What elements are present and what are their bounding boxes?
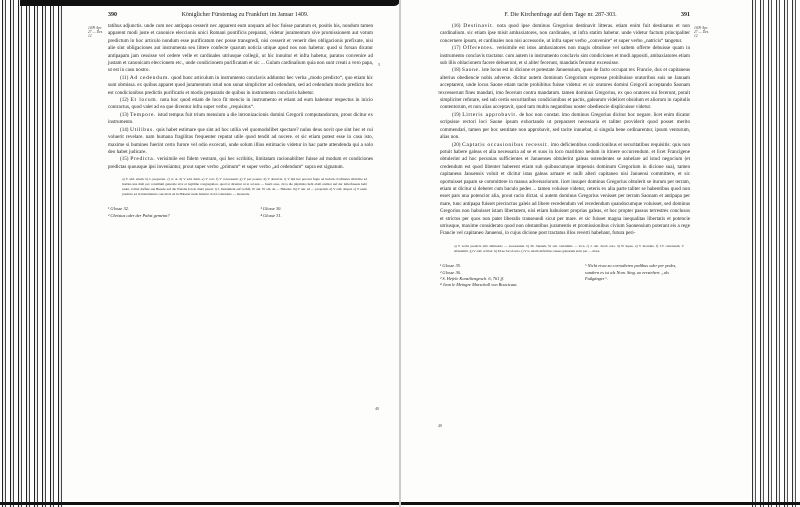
section-11: (11) Ad cedendum. quod hunc articulum in… <box>108 75 373 97</box>
page-number: 390 <box>108 12 117 18</box>
critical-apparatus: a) V add. etiam. b) L preparata. c) cr. … <box>108 177 373 196</box>
opening-paragraph: tatibus adjunctis. unde cum nec antipapa… <box>108 23 373 75</box>
left-page: 390 Königlicher Fürstentag zu Frankfurt … <box>108 12 373 219</box>
section-20: (20) Captatis occasionibus recessit. imo… <box>440 142 690 238</box>
section-18: (18) Saone. iste locus est in dicione et… <box>440 67 690 111</box>
right-page-edges <box>750 0 800 507</box>
page-number: 391 <box>681 12 690 18</box>
line-number: 40 <box>438 423 442 428</box>
section-14: (14) Utilibus. quis habet estimare que s… <box>108 127 373 157</box>
section-17: (17) Offerentes. verisimile est istos am… <box>440 45 690 67</box>
running-header: 390 Königlicher Fürstentag zu Frankfurt … <box>108 12 373 18</box>
section-12: (12) Et locum. nota hoc quod etiam de lo… <box>108 97 373 112</box>
running-head-title: Königlicher Fürstentag zu Frankfurt im J… <box>182 12 309 18</box>
footnote: ⁵ Nicht etwa zu corrodieren pedibus oder… <box>585 263 690 282</box>
left-page-edges <box>0 0 62 507</box>
section-15: (15) Predicta. verisimile est fidem vest… <box>108 156 373 171</box>
footnotes: ¹ Glosse 32. ² Christus oder der Pabst g… <box>108 206 373 218</box>
running-head-title: F. Die Kirchenfrage auf dem Tage nr. 287… <box>504 12 616 18</box>
margin-date-note: 1409 Apr. 27 — Dez. 12 <box>88 26 104 39</box>
line-number: 5 <box>438 90 440 95</box>
margin-date-note: 1409 Apr. 27 — Dez. 12 <box>694 26 710 39</box>
page-body: (16) Destinavit. nota quod ipse dominus … <box>440 23 690 238</box>
section-13: (13) Tempore. istud tempus fuit trium me… <box>108 112 373 127</box>
critical-apparatus: a) V verba predicta sibi omittendo — exc… <box>440 244 690 254</box>
book-spread: 390 Königlicher Fürstentag zu Frankfurt … <box>0 0 800 507</box>
line-number: 5 <box>378 62 380 67</box>
line-number: 40 <box>375 406 379 411</box>
page-body: tatibus adjunctis. unde cum nec antipapa… <box>108 23 373 171</box>
section-19: (19) Litteris approbavit. de hoc non con… <box>440 112 690 142</box>
footnote: ⁴ Jean le Meingre Marschall von Boucicau… <box>440 282 545 288</box>
footnote: ⁴ Glosse 31. <box>261 213 374 219</box>
book-cover-edge <box>20 0 400 6</box>
section-16: (16) Destinavit. nota quod ipse dominus … <box>440 23 690 45</box>
footnote: ² Christus oder der Pabst gemeint? <box>108 213 221 219</box>
running-header: F. Die Kirchenfrage auf dem Tage nr. 287… <box>440 12 690 18</box>
book-gutter <box>399 0 401 507</box>
footnotes: ¹ Glosse 35. ² Glosse 36. ³ S. Hefele Ko… <box>440 263 690 288</box>
right-page: F. Die Kirchenfrage auf dem Tage nr. 287… <box>440 12 690 288</box>
